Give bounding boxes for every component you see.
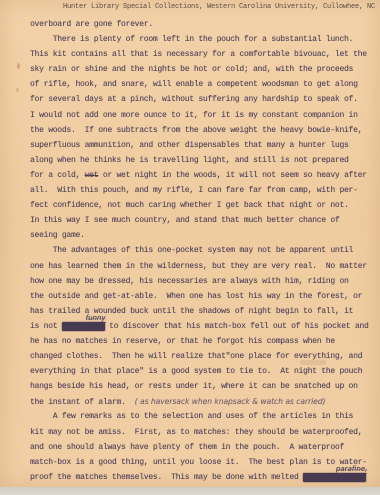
typed-line: fect confidence, not much caring whether… xyxy=(30,198,368,213)
scan-edge xyxy=(0,487,380,495)
typed-line: seeing game. xyxy=(30,228,368,243)
typed-line: match-box is a good thing, until you loo… xyxy=(30,455,368,470)
typed-text: the outside and get-at-able. When one ha… xyxy=(30,292,362,301)
typed-line: along when he thinks he is travelling li… xyxy=(30,153,368,168)
typed-text: In this way I see much country, and stan… xyxy=(30,216,339,225)
typed-text: everything in that place" is a good syst… xyxy=(30,367,362,376)
typed-text: the woods. If one subtracts from the abo… xyxy=(30,126,362,135)
typed-text: proof the matches themselves. This may b… xyxy=(30,473,303,482)
struck-word: wet xyxy=(85,171,99,180)
typed-text: seeing game. xyxy=(30,231,85,240)
typed-text: has trailed a wounded buck until the sha… xyxy=(30,307,353,316)
typed-line: everything in that place" is a good syst… xyxy=(30,364,368,379)
typed-text: for several days at a pinch, without suf… xyxy=(30,95,358,104)
typed-text: kit may not be amiss. First, as to match… xyxy=(30,428,362,437)
typed-line: how one may be dressed, his necessaries … xyxy=(30,274,368,289)
redacted-word: parafine, xyxy=(303,473,366,482)
typed-text: and one should always have plenty of the… xyxy=(30,443,344,452)
typed-line: hangs beside his head, or rests under it… xyxy=(30,379,368,394)
typed-line: has trailed a wounded buck until the sha… xyxy=(30,304,368,319)
typed-line: changed clothes. Then he will realize th… xyxy=(30,349,368,364)
foxing-stain xyxy=(16,88,19,92)
typed-line: for a cold, wet or wet night in the wood… xyxy=(30,168,368,183)
typed-line: the instant of alarm. ( as haversack whe… xyxy=(30,394,368,409)
typed-text: The advantages of this one-pocket system… xyxy=(30,246,353,255)
typed-line: the outside and get-at-able. When one ha… xyxy=(30,289,368,304)
typed-text: match-box is a good thing, until you loo… xyxy=(30,458,367,467)
handwritten-note: ( as haversack when knapsack & watch as … xyxy=(135,397,326,406)
typed-line: he has no matches in reserve, or that he… xyxy=(30,334,368,349)
document-text: overboard are gone forever. There is ple… xyxy=(30,17,368,485)
redacted-word: funny xyxy=(62,322,105,331)
handwritten-correction: funny xyxy=(86,314,106,323)
typed-text: hangs beside his head, or rests under it… xyxy=(30,382,358,391)
typed-line: I would not add one more ounce to it, fo… xyxy=(30,108,368,123)
typed-text: This kit contains all that is necessary … xyxy=(30,50,367,59)
typed-line: The advantages of this one-pocket system… xyxy=(30,243,368,258)
typed-text: fect confidence, not much caring whether… xyxy=(30,201,349,210)
typed-text: all. With this pouch, and my rifle, I ca… xyxy=(30,186,358,195)
typed-text: A few remarks as to the selection and us… xyxy=(30,412,353,421)
typed-text: There is plenty of room left in the pouc… xyxy=(30,35,353,44)
handwritten-correction: parafine, xyxy=(336,465,367,474)
typed-text: changed clothes. Then he will realize th… xyxy=(30,352,362,361)
typed-line: of rifle, hook, and snare, will enable a… xyxy=(30,77,368,92)
typed-text: he has no matches in reserve, or that he… xyxy=(30,337,335,346)
typed-line: and one should always have plenty of the… xyxy=(30,440,368,455)
typed-text: is not xyxy=(30,322,62,331)
typed-text: along when he thinks he is travelling li… xyxy=(30,156,349,165)
typed-line: In this way I see much country, and stan… xyxy=(30,213,368,228)
scanned-manuscript-page: Hunter Library Special Collections, West… xyxy=(0,0,380,487)
typed-line: is not funny to discover that his match-… xyxy=(30,319,368,334)
typed-line: one has learned them in the wilderness, … xyxy=(30,259,368,274)
typed-text: the instant of alarm. xyxy=(30,398,135,407)
typed-text: I would not add one more ounce to it, fo… xyxy=(30,111,358,120)
typed-line: superfluous ammunition, and other dispen… xyxy=(30,138,368,153)
typed-text: overboard are gone forever. xyxy=(30,20,153,29)
typed-line: A few remarks as to the selection and us… xyxy=(30,409,368,424)
typed-line: overboard are gone forever. xyxy=(30,17,368,32)
typed-line: for several days at a pinch, without suf… xyxy=(30,92,368,107)
typed-line: all. With this pouch, and my rifle, I ca… xyxy=(30,183,368,198)
foxing-stain xyxy=(17,63,20,69)
collection-watermark: Hunter Library Special Collections, West… xyxy=(63,3,375,11)
typed-text: for a cold, xyxy=(30,171,85,180)
typed-text: how one may be dressed, his necessaries … xyxy=(30,277,349,286)
typed-text: of rifle, hook, and snare, will enable a… xyxy=(30,80,358,89)
typed-text: sky rain or shine and the nights be hot … xyxy=(30,65,353,74)
typed-text: superfluous ammunition, and other dispen… xyxy=(30,141,349,150)
typed-line: sky rain or shine and the nights be hot … xyxy=(30,62,368,77)
typed-line: the woods. If one subtracts from the abo… xyxy=(30,123,368,138)
typed-text: one has learned them in the wilderness, … xyxy=(30,262,367,271)
typed-line: proof the matches themselves. This may b… xyxy=(30,470,368,485)
typed-line: This kit contains all that is necessary … xyxy=(30,47,368,62)
typed-line: kit may not be amiss. First, as to match… xyxy=(30,425,368,440)
typed-text: to discover that his match-box fell out … xyxy=(105,322,369,331)
typed-line: There is plenty of room left in the pouc… xyxy=(30,32,368,47)
typed-text: or wet night in the woods, it will not s… xyxy=(98,171,367,180)
